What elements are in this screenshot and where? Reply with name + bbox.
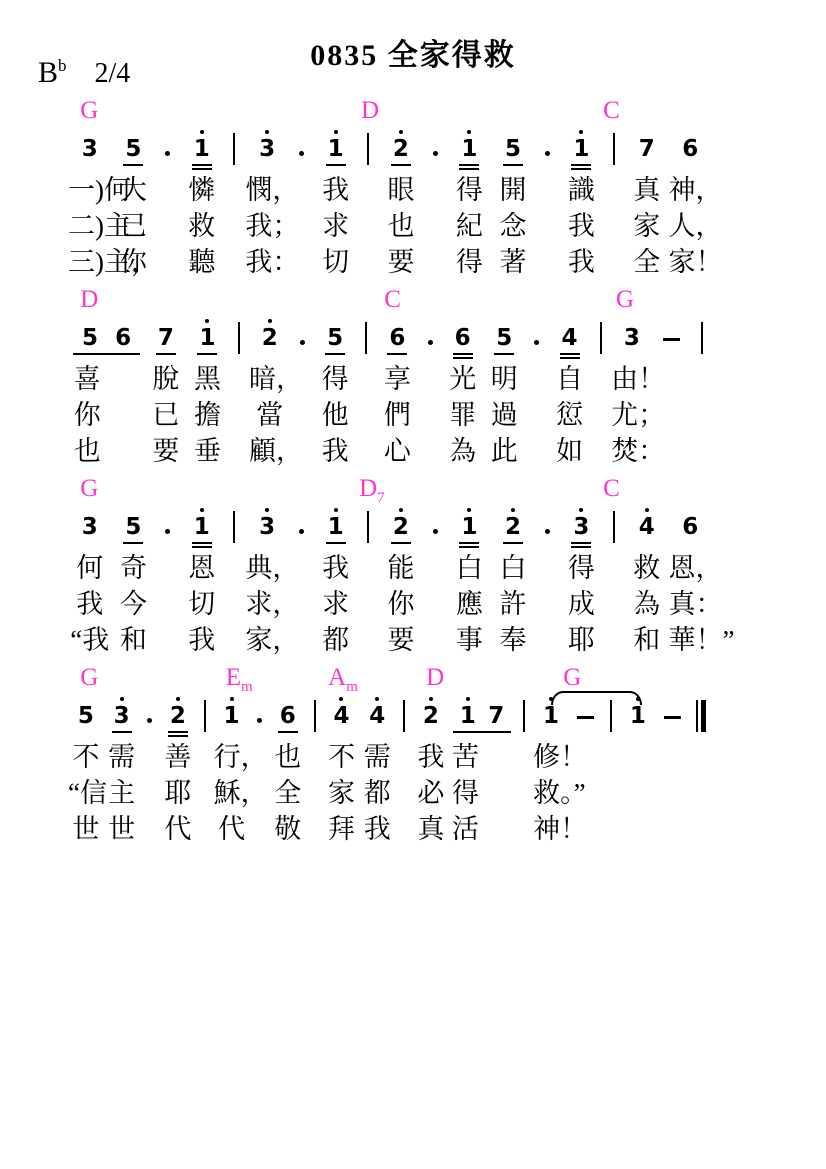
note-digit: 1 (199, 325, 215, 352)
note-area (395, 693, 413, 739)
note-cell: 4不家拜 (324, 693, 360, 847)
note-digit: 2 (262, 325, 278, 352)
lyric-syllable (395, 775, 413, 811)
lyric-syllable (423, 244, 448, 280)
lyric-syllable (603, 622, 625, 658)
lyric-syllable (291, 433, 315, 469)
lyric-syllable: 能 (379, 550, 423, 586)
lyric-syllable (423, 172, 448, 208)
note-column: 4 (637, 504, 657, 551)
note-digit: 6 (115, 325, 131, 352)
lyric-syllable: 光 (442, 361, 484, 397)
dash-note-cell (656, 693, 689, 847)
octave-dot-slot (176, 693, 180, 703)
lyric-syllable: 我； (245, 208, 289, 244)
chord-label: Em (226, 664, 253, 692)
note-column: 7 (637, 126, 657, 173)
note-area (590, 315, 611, 361)
note-area: 5 (112, 504, 156, 550)
note-cell: 2能你要 (379, 504, 423, 658)
lyric-syllable (620, 775, 656, 811)
tie-arc (551, 691, 642, 705)
chord-label: C (384, 286, 401, 314)
lyric-syllable (535, 172, 560, 208)
note-area: 56 (68, 315, 145, 361)
octave-dot-slot (399, 504, 403, 514)
note-underline (503, 164, 523, 166)
lyric-syllable (306, 775, 324, 811)
notation-and-lyrics-row: 5不“信世3需主世2善耶代1行，穌，代6也全敬4不家拜4需都我2我必真17苦得活… (68, 693, 712, 847)
beamed-group: 17 (453, 693, 510, 740)
lyric-syllable: 擔 (187, 397, 229, 433)
note-area: 1 (180, 504, 224, 550)
lyric-syllable: 你 (379, 586, 423, 622)
lyric-syllable (525, 433, 549, 469)
augmentation-dot (545, 529, 550, 534)
note-digit: 1 (461, 514, 477, 541)
lyric-syllable: 真 (625, 172, 669, 208)
augmentation-dot-cell (423, 126, 448, 280)
note-digit: 3 (259, 514, 275, 541)
note-cell: 1 (620, 693, 656, 847)
augmentation-dot-cell (535, 126, 560, 280)
augmentation-dot (433, 151, 438, 156)
lyric-syllable: 脫 (145, 361, 187, 397)
lyric-syllable (196, 811, 214, 847)
note-digit: 5 (125, 514, 141, 541)
lyric-syllable (357, 586, 379, 622)
note-column: 1 (326, 126, 346, 173)
lyric-syllable: 真 (413, 811, 449, 847)
lyric-syllable: 我 (560, 208, 604, 244)
lyric-syllable (140, 811, 160, 847)
lyric-syllable: 華！” (669, 622, 713, 658)
lyric-syllable: 眼 (379, 172, 423, 208)
note-area: 7 (625, 126, 669, 172)
lyric-syllable (656, 811, 689, 847)
barline (204, 700, 206, 732)
augmentation-dot-cell (289, 126, 314, 280)
lyric-syllable (423, 586, 448, 622)
lyric-syllable (569, 811, 602, 847)
lyric-syllable: 得 (449, 775, 482, 811)
lyric-syllable: 奇 (112, 550, 156, 586)
augmentation-dot-cell (249, 693, 269, 847)
lyric-syllable (289, 208, 314, 244)
note-digit: 3 (573, 514, 589, 541)
augmentation-dot-cell (291, 315, 315, 469)
lyric-syllable (603, 550, 625, 586)
note-area: 3 (245, 504, 289, 550)
lyric-syllable: 聽 (180, 244, 224, 280)
note-area (603, 504, 625, 550)
octave-dot-slot (339, 693, 343, 703)
systems: GDC3一)何二)主三)主，5大已你1憐救聽3憫，我；我：1我求切2眼也要1得紀… (68, 96, 712, 852)
lyric-syllable: 救 (625, 550, 669, 586)
lyric-syllable: 過 (483, 397, 525, 433)
system: GEmAmDG5不“信世3需主世2善耶代1行，穌，代6也全敬4不家拜4需都我2我… (68, 663, 712, 847)
barline-cell (515, 693, 533, 847)
octave-dot (268, 319, 272, 323)
octave-dot-slot (265, 126, 269, 136)
note-area (535, 504, 560, 550)
lyric-syllable: 垂 (187, 433, 229, 469)
lyric-syllable (590, 361, 611, 397)
lyric-syllable (418, 361, 442, 397)
lyric-syllable: 已 (145, 397, 187, 433)
barline (233, 511, 235, 543)
note-digit: 7 (639, 136, 655, 163)
note-underline (560, 357, 580, 359)
octave-dot-slot (334, 504, 338, 514)
note-area: 1 (314, 504, 358, 550)
lyric-syllable: 顧， (249, 433, 291, 469)
octave-dot (265, 508, 269, 512)
lyric-syllable: 得 (448, 244, 492, 280)
note-area: 1 (560, 126, 604, 172)
barline-cell (196, 693, 214, 847)
note-cell: 4需都我 (359, 693, 395, 847)
note-cell: 1恩切我 (180, 504, 224, 658)
lyric-syllable: 念 (491, 208, 535, 244)
note-area (306, 693, 324, 739)
note-area: 1 (180, 126, 224, 172)
lyric-syllable (107, 361, 146, 397)
octave-dot-slot (334, 126, 338, 136)
lyric-syllable-pair: 苦 (449, 739, 515, 775)
augmentation-dot-cell (289, 504, 314, 658)
lyric-syllable (357, 622, 379, 658)
lyric-syllable: 我 (413, 739, 449, 775)
lyric-syllable: 紀 (448, 208, 492, 244)
note-area: 17 (449, 693, 515, 739)
lyric-syllable-pair: 得 (449, 775, 515, 811)
lyric-syllable: 他 (314, 397, 356, 433)
chord-label: C (603, 97, 620, 125)
lyric-syllable (482, 775, 515, 811)
barline (233, 133, 235, 165)
lyric-syllable (356, 361, 377, 397)
note-column: 6 (387, 315, 407, 362)
lyric-syllable: 不 (324, 739, 360, 775)
octave-dot (467, 508, 471, 512)
note-column: 4 (331, 693, 351, 740)
lyric-syllable (423, 622, 448, 658)
lyric-syllable (535, 208, 560, 244)
note-area (357, 504, 379, 550)
lyric-syllable (603, 208, 625, 244)
lyric-syllable (653, 361, 692, 397)
note-digit: 2 (170, 703, 186, 730)
note-digit: 1 (194, 136, 210, 163)
lyric-syllable (603, 586, 625, 622)
lyric-syllable: 也 (379, 208, 423, 244)
note-cell: 6恩，真：華！” (669, 504, 713, 658)
augmentation-dot (433, 529, 438, 534)
note-cell: 6光罪為 (442, 315, 484, 469)
note-cell: 2我必真 (413, 693, 449, 847)
lyric-syllable (356, 397, 377, 433)
lyric-syllable (107, 433, 146, 469)
lyric-syllable: 識 (560, 172, 604, 208)
lyric-syllable (395, 811, 413, 847)
chord-row: DCG (68, 285, 712, 315)
note-area: 6 (270, 693, 306, 739)
augmentation-dot (534, 340, 539, 345)
lyric-syllable (603, 244, 625, 280)
note-digit: 3 (82, 514, 98, 541)
lyric-syllable (620, 811, 656, 847)
note-area (140, 693, 160, 739)
note-column: 5 (325, 315, 345, 362)
lyric-syllable: 尤； (611, 397, 653, 433)
note-column: 6 (278, 693, 298, 740)
note-column: 1 (460, 693, 476, 730)
lyric-syllable (155, 550, 180, 586)
augmentation-dot (257, 718, 262, 723)
lyric-syllable: 求 (314, 208, 358, 244)
note-column: 3 (257, 126, 277, 173)
lyric-syllable: 家 (324, 775, 360, 811)
augmentation-dot (165, 151, 170, 156)
note-column: 1 (326, 504, 346, 551)
note-area: 6 (669, 126, 713, 172)
lyric-syllable (691, 361, 712, 397)
lyric-syllable: 心 (377, 433, 419, 469)
lyric-syllable (653, 397, 692, 433)
octave-dot-slot (579, 126, 583, 136)
system: GD7C3何我“我5奇今和1恩切我3典，求，家，1我求都2能你要1白應事2白許奉… (68, 474, 712, 658)
note-underline (192, 164, 212, 166)
note-area (423, 126, 448, 172)
lyric-syllable: 為 (625, 586, 669, 622)
note-column: 3 (112, 693, 132, 740)
lyric-syllable (535, 622, 560, 658)
lyric-syllable: 修！ (533, 739, 569, 775)
barline-cell (590, 315, 611, 469)
note-area (289, 504, 314, 550)
note-digit: 6 (682, 136, 698, 163)
lyric-syllable: 也 (270, 739, 306, 775)
lyric-syllable: 我 (180, 622, 224, 658)
barline-cell (603, 504, 625, 658)
note-digit: 1 (461, 136, 477, 163)
lyric-syllable: 我 (560, 244, 604, 280)
note-column: 1 (192, 504, 212, 551)
lyric-syllable (155, 244, 180, 280)
note-column: 5 (76, 693, 96, 740)
lyric-syllable (357, 550, 379, 586)
note-area: 2 (379, 504, 423, 550)
note-digit: 5 (327, 325, 343, 352)
note-digit: 7 (158, 325, 174, 352)
lyric-syllable: 善 (160, 739, 196, 775)
lyric-syllable (224, 622, 246, 658)
note-underline (459, 164, 479, 166)
note-column: 3 (257, 504, 277, 551)
note-digit: 4 (639, 514, 655, 541)
lyric-syllable: 許 (491, 586, 535, 622)
note-area: 1 (448, 504, 492, 550)
octave-dot-slot (466, 693, 470, 703)
note-area (691, 315, 712, 361)
note-area (689, 693, 712, 739)
augmentation-dot-cell (525, 315, 549, 469)
note-cell: 1我求切 (314, 126, 358, 280)
note-column: 1 (459, 126, 479, 173)
note-area: 1 (214, 693, 250, 739)
lyric-syllable: 真： (669, 586, 713, 622)
lyric-syllable: 活 (449, 811, 482, 847)
lyric-syllable: 求， (245, 586, 289, 622)
lyric-syllable: 二)主 (68, 208, 112, 244)
note-cell: 1得紀得 (448, 126, 492, 280)
note-area: 5 (112, 126, 156, 172)
lyric-syllable: 全 (625, 244, 669, 280)
note-underline (571, 546, 591, 548)
augmentation-dot-cell (418, 315, 442, 469)
note-area (289, 126, 314, 172)
lyric-syllable: 需 (359, 739, 395, 775)
lyric-syllable (590, 397, 611, 433)
note-area (196, 693, 214, 739)
lyric-syllable: 主 (104, 775, 140, 811)
note-digit: 1 (224, 703, 240, 730)
note-column: 1 (222, 693, 242, 740)
octave-dot-slot (467, 504, 471, 514)
lyric-syllable: 你 (68, 397, 107, 433)
note-cell: 3得成耶 (560, 504, 604, 658)
lyric-syllable (689, 811, 712, 847)
octave-dot (466, 697, 470, 701)
lyric-syllable: 恩 (180, 550, 224, 586)
note-column: 2 (391, 504, 411, 551)
note-cell: 5明過此 (483, 315, 525, 469)
octave-dot (176, 697, 180, 701)
lyric-syllable: 你 (112, 244, 156, 280)
lyric-syllable: 要 (145, 433, 187, 469)
octave-dot (429, 697, 433, 701)
lyric-syllable (535, 586, 560, 622)
lyric-syllable (525, 361, 549, 397)
note-digit: 3 (259, 136, 275, 163)
barline-thin (696, 700, 698, 732)
note-area (656, 693, 689, 739)
chord-label: G (563, 664, 581, 692)
note-cell: 3憫，我；我： (245, 126, 289, 280)
lyric-syllable: 耶 (160, 775, 196, 811)
lyric-syllable (423, 550, 448, 586)
note-area: 2 (491, 504, 535, 550)
lyric-syllable: 神！ (533, 811, 569, 847)
lyric-syllable (224, 208, 246, 244)
note-underline (278, 731, 298, 733)
note-cell: 1我求都 (314, 504, 358, 658)
note-area: 1 (187, 315, 229, 361)
octave-dot-slot (579, 504, 583, 514)
lyric-syllable: 黑 (187, 361, 229, 397)
octave-dot (120, 697, 124, 701)
note-area: 4 (359, 693, 395, 739)
note-area (291, 315, 315, 361)
note-column: 1 (571, 126, 591, 173)
lyric-syllable (224, 244, 246, 280)
augmentation-dot (300, 340, 305, 345)
lyric-syllable: 得 (314, 361, 356, 397)
note-underline (168, 735, 188, 737)
barline-cell (357, 126, 379, 280)
dash-note (664, 716, 681, 719)
lyric-syllable (196, 739, 214, 775)
beamed-group-cell: 56喜你也 (68, 315, 145, 469)
note-underline (571, 164, 591, 166)
octave-dot (399, 508, 403, 512)
note-area: 6 (377, 315, 419, 361)
note-digit: 4 (333, 703, 349, 730)
lyric-syllable (620, 739, 656, 775)
lyric-syllable: 暗， (249, 361, 291, 397)
note-cell: 7真家全 (625, 126, 669, 280)
note-underline (571, 168, 591, 170)
note-column: 3 (80, 504, 100, 551)
note-column: 2 (503, 504, 523, 551)
lyric-syllable-pair: 活 (449, 811, 515, 847)
lyric-syllable: 我 (314, 433, 356, 469)
lyric-syllable: 得 (448, 172, 492, 208)
note-cell: 2善耶代 (160, 693, 196, 847)
augmentation-dot-cell (155, 504, 180, 658)
octave-dot-slot (265, 504, 269, 514)
system: GDC3一)何二)主三)主，5大已你1憐救聽3憫，我；我：1我求切2眼也要1得紀… (68, 96, 712, 280)
note-digit: 5 (82, 325, 98, 352)
note-digit: 1 (460, 703, 476, 730)
note-underline (391, 164, 411, 166)
octave-dot-slot (645, 504, 649, 514)
note-area: 2 (379, 126, 423, 172)
lyric-syllable (602, 775, 620, 811)
lyric-syllable: 代 (214, 811, 250, 847)
note-cell: 3一)何二)主三)主， (68, 126, 112, 280)
octave-dot-slot (375, 693, 379, 703)
note-underline (391, 542, 411, 544)
note-digit: 1 (573, 136, 589, 163)
lyric-syllable: 人， (669, 208, 713, 244)
note-column: 6 (115, 315, 131, 352)
note-underline (453, 353, 473, 355)
lyric-syllable: 家， (245, 622, 289, 658)
barline (314, 700, 316, 732)
lyric-syllable: 我 (314, 172, 358, 208)
note-digit: 5 (125, 136, 141, 163)
note-column: 5 (494, 315, 514, 362)
note-area (535, 126, 560, 172)
lyric-syllable: “我 (68, 622, 112, 658)
lyric-syllable (603, 172, 625, 208)
lyric-syllable-pair: 你 (68, 397, 145, 433)
lyric-syllable: 為 (442, 433, 484, 469)
note-area (224, 126, 246, 172)
note-area (155, 126, 180, 172)
note-digit: 5 (496, 325, 512, 352)
note-column: 2 (391, 126, 411, 173)
note-digit: 4 (369, 703, 385, 730)
lyric-syllable (691, 433, 712, 469)
barline (600, 322, 602, 354)
lyric-syllable: 家 (625, 208, 669, 244)
barline (701, 322, 703, 354)
system: DCG56喜你也7脫已要1黑擔垂2暗，當顧，5得他我6享們心6光罪為5明過此4自… (68, 285, 712, 469)
chord-label: G (80, 475, 98, 503)
